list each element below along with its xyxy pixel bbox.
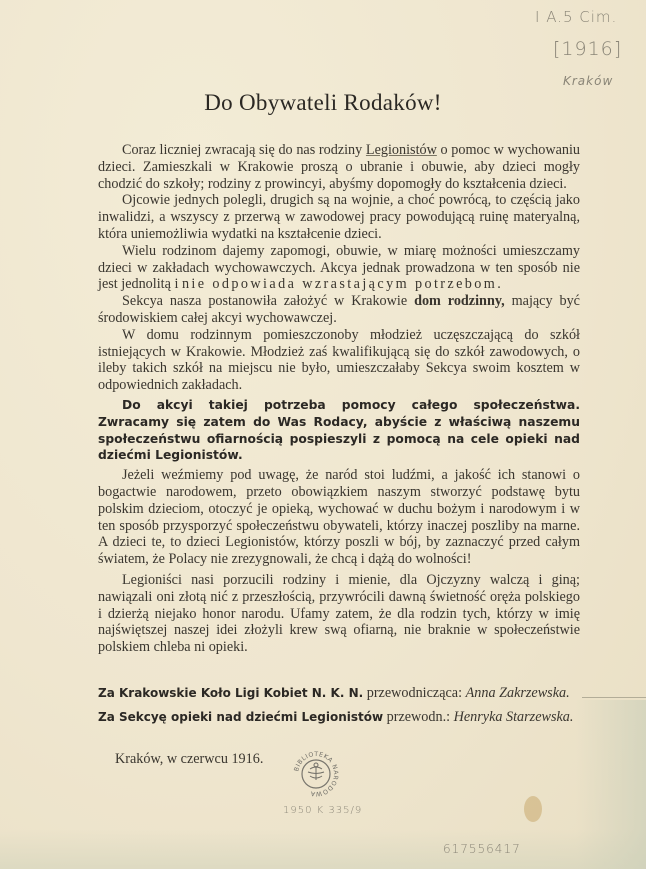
paragraph-2: Ojcowie jednych polegli, drugich są na w… <box>98 192 580 242</box>
signature-name: Henryka Starzewska. <box>454 709 574 725</box>
paragraph-text: Coraz liczniej zwracają się do nas rodzi… <box>122 142 366 158</box>
document-body: Coraz liczniej zwracają się do nas rodzi… <box>98 142 580 656</box>
eagle-emblem-icon: BIBLIOTEKA NARODOWA <box>288 744 344 800</box>
paragraph-text: Sekcya nasza postanowiła założyć w Krako… <box>122 293 414 309</box>
foxing-spot <box>524 796 542 822</box>
signature-role: przewodnicząca: <box>363 685 465 701</box>
paragraph-7: Jeżeli weźmiemy pod uwagę, że naród stoi… <box>98 467 580 568</box>
inventory-number-annotation: 617556417 <box>443 842 521 856</box>
paragraph-1: Coraz liczniej zwracają się do nas rodzi… <box>98 142 580 192</box>
water-stain <box>0 829 646 869</box>
document-title: Do Obywateli Rodaków! <box>0 90 646 116</box>
signature-line-1: Za Krakowskie Koło Ligi Kobiet N. K. N. … <box>98 685 598 709</box>
signature-name: Anna Zakrzewska. <box>466 685 570 701</box>
place-annotation: Kraków <box>563 74 613 88</box>
signature-role: przewodn.: <box>383 709 454 725</box>
spaced-emphasis: nie odpowiada wzrastającym potrzebom. <box>182 276 503 292</box>
shelfmark-annotation: I A.5 Cim. <box>535 8 617 26</box>
catalog-number-annotation: 1950 K 335/9 <box>283 805 362 816</box>
underlined-word: Legionistów <box>366 142 437 158</box>
bold-emphasis: dom rodzinny, <box>414 293 505 309</box>
paragraph-8: Legioniści nasi porzucili rodziny i mien… <box>98 572 580 656</box>
appeal-paragraph: Do akcyi takiej potrzeba pomocy całego s… <box>98 397 580 464</box>
signature-line-2: Za Sekcyę opieki nad dziećmi Legionistów… <box>98 709 598 733</box>
year-annotation: [1916] <box>553 38 622 60</box>
library-stamp: BIBLIOTEKA NARODOWA <box>288 744 344 800</box>
signature-organization: Za Krakowskie Koło Ligi Kobiet N. K. N. <box>98 686 363 700</box>
signature-organization: Za Sekcyę opieki nad dziećmi Legionistów <box>98 710 383 724</box>
paragraph-5: W domu rodzinnym pomieszczonoby młodzież… <box>98 327 580 394</box>
signature-block: Za Krakowskie Koło Ligi Kobiet N. K. N. … <box>98 685 598 733</box>
paragraph-4: Sekcya nasza postanowiła założyć w Krako… <box>98 293 580 327</box>
place-date: Kraków, w czerwcu 1916. <box>115 751 263 768</box>
paragraph-3: Wielu rodzinom dajemy zapomogi, obuwie, … <box>98 243 580 293</box>
